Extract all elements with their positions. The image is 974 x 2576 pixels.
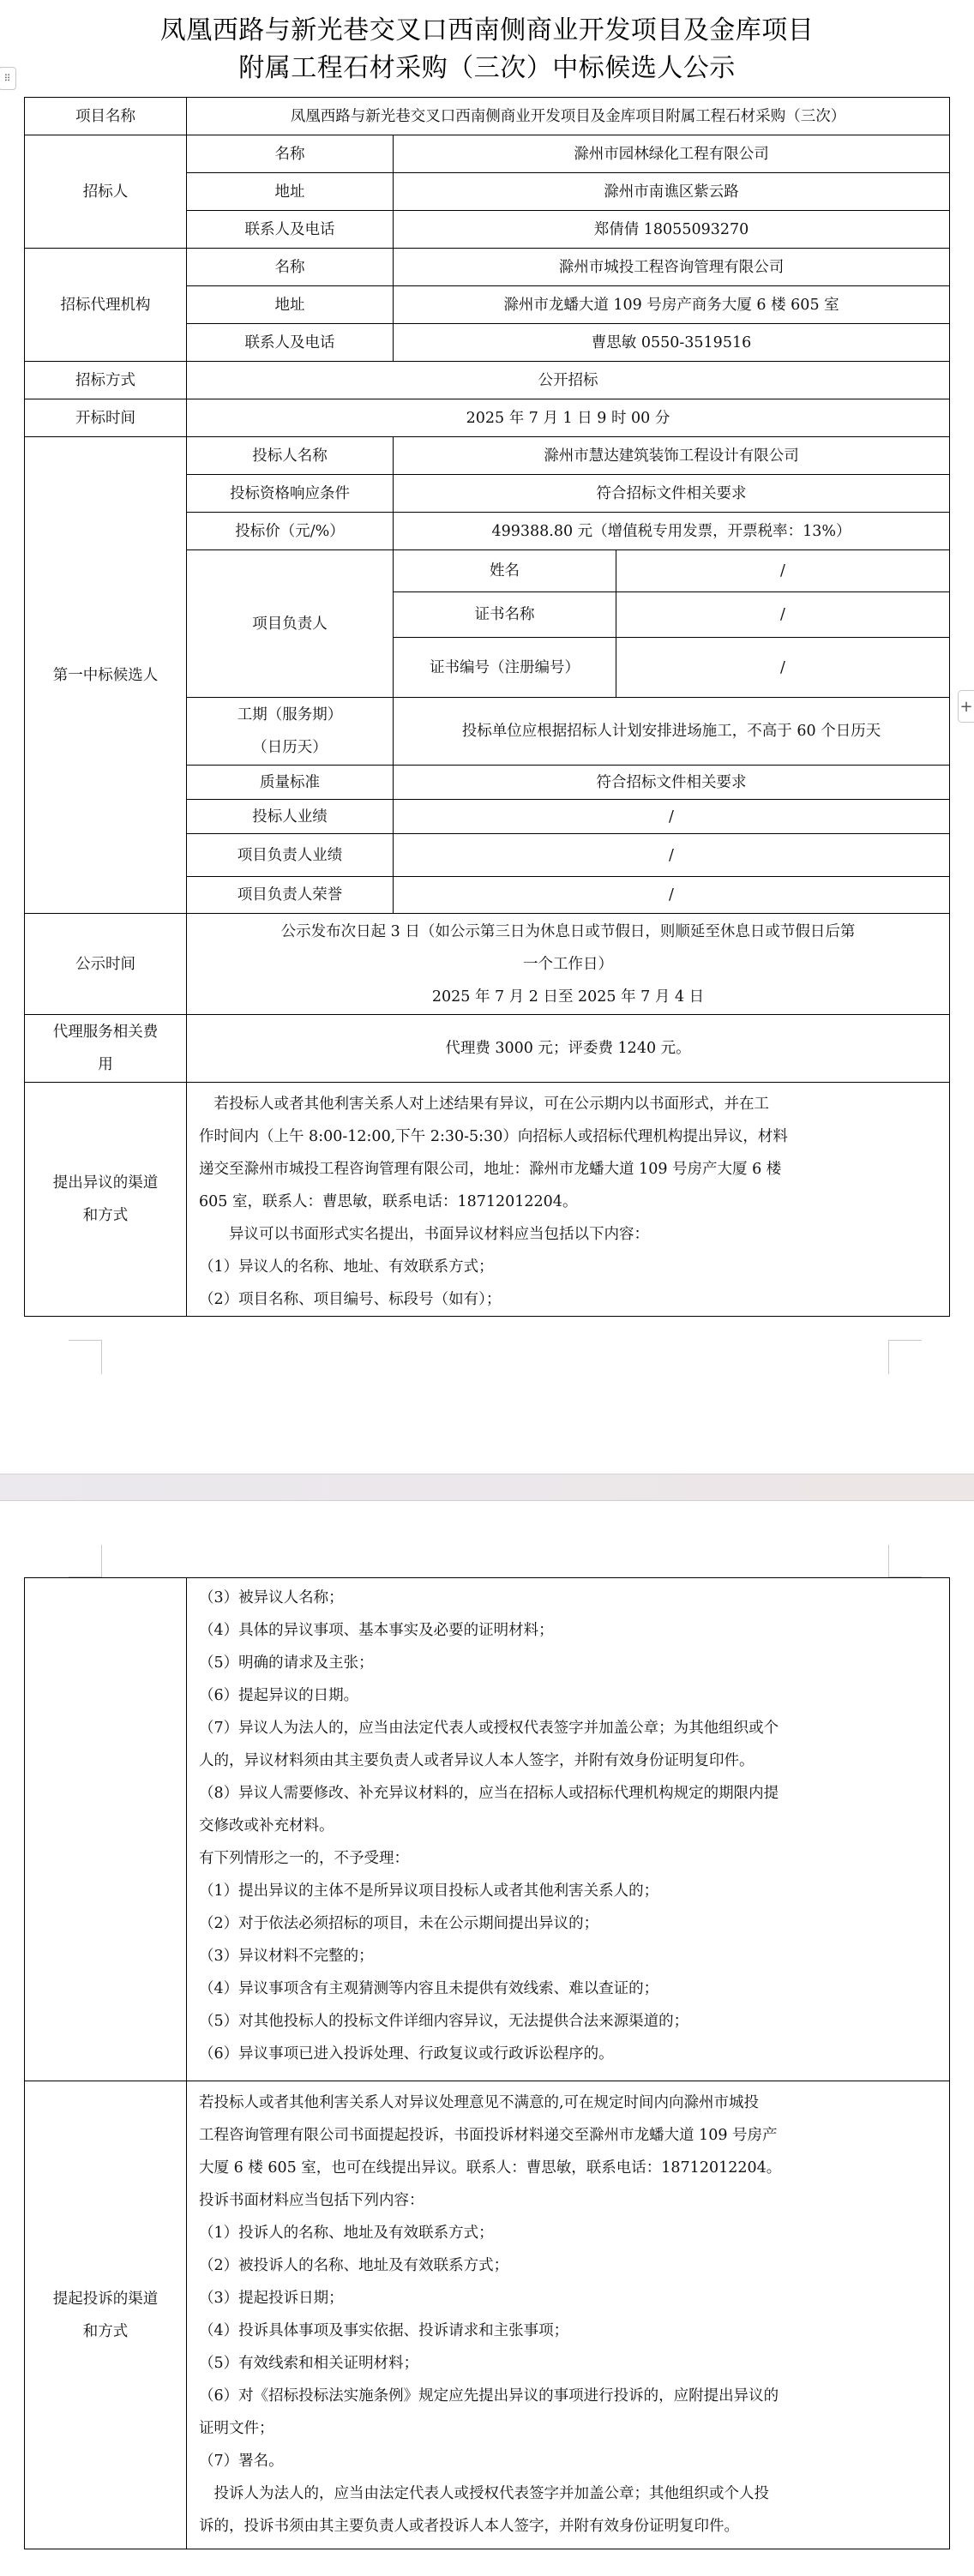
period-label: 工期（服务期） （日历天） <box>187 698 394 766</box>
complaint-text-line: 投诉书面材料应当包括下列内容： <box>199 2184 939 2217</box>
quality-label: 质量标准 <box>187 766 394 800</box>
manager-performance-label: 项目负责人业绩 <box>187 834 394 877</box>
qualification-value: 符合招标文件相关要求 <box>394 475 949 513</box>
page-separator <box>0 1474 974 1501</box>
announcement-table-page1: 项目名称 凤凰西路与新光巷交叉口西南侧商业开发项目及金库项目附属工程石材采购（三… <box>24 97 950 1317</box>
complaint-text-line: 诉的，投诉书须由其主要负责人或者投诉人本人签字，并附有效身份证明复印件。 <box>199 2510 939 2543</box>
objection-text-line: （3）异议材料不完整的； <box>199 1940 939 1973</box>
objection-text-line: 作时间内（上午 8:00-12:00,下午 2:30-5:30）向招标人或招标代… <box>199 1120 939 1153</box>
tenderer-name-value: 滁州市园林绿化工程有限公司 <box>394 135 949 173</box>
objection-text-line: （8）异议人需要修改、补充异议材料的，应当在招标人或招标代理机构规定的期限内提 <box>199 1777 939 1810</box>
label-publicity-time: 公示时间 <box>25 914 187 1015</box>
objection-text-line: （3）被异议人名称； <box>199 1582 939 1614</box>
manager-name-label: 姓名 <box>394 550 616 592</box>
value-objection-channel-p1: 若投标人或者其他利害关系人对上述结果有异议，可在公示期内以书面形式，并在工 作时… <box>187 1083 949 1316</box>
agency-name-value: 滁州市城投工程咨询管理有限公司 <box>394 249 949 286</box>
value-objection-channel-p2: （3）被异议人名称； （4）具体的异议事项、基本事实及必要的证明材料； （5）明… <box>187 1578 949 2081</box>
manager-performance-value: / <box>394 834 949 877</box>
complaint-text-line: 若投标人或者其他利害关系人对异议处理意见不满意的,可在规定时间内向滁州市城投 <box>199 2087 939 2119</box>
complaint-label-line2: 和方式 <box>83 2315 129 2348</box>
tenderer-address-value: 滁州市南谯区紫云路 <box>394 173 949 211</box>
certificate-number-label: 证书编号（注册编号） <box>394 638 616 698</box>
complaint-label-line1: 提起投诉的渠道 <box>53 2283 159 2315</box>
label-objection-channel: 提出异议的渠道 和方式 <box>25 1083 187 1316</box>
complaint-text-line: （5）有效线索和相关证明材料； <box>199 2347 939 2380</box>
objection-text-line: 有下列情形之一的，不予受理： <box>199 1842 939 1875</box>
certificate-name-value: / <box>616 592 949 638</box>
page-corner-mark <box>69 1545 102 1577</box>
objection-text-line: （2）对于依法必须招标的项目，未在公示期间提出异议的； <box>199 1907 939 1940</box>
manager-name-value: / <box>616 550 949 592</box>
complaint-text-line: （7）署名。 <box>199 2445 939 2477</box>
fees-label-line2: 用 <box>98 1048 113 1081</box>
drag-handle-icon[interactable]: ⠿ <box>0 67 16 90</box>
publicity-line2: 一个工作日） <box>523 948 613 981</box>
manager-honor-value: / <box>394 877 949 914</box>
objection-text-line: （1）异议人的名称、地址、有效联系方式； <box>199 1251 939 1283</box>
tenderer-contact-value: 郑倩倩 18055093270 <box>394 211 949 249</box>
add-row-icon[interactable]: + <box>958 690 974 723</box>
value-agency-fees: 代理费 3000 元；评委费 1240 元。 <box>187 1015 949 1083</box>
agency-contact-value: 曹思敏 0550-3519516 <box>394 324 949 362</box>
fees-label-line1: 代理服务相关费 <box>53 1016 159 1048</box>
label-method: 招标方式 <box>25 362 187 399</box>
objection-label-line2: 和方式 <box>83 1199 129 1232</box>
complaint-text-line: 证明文件； <box>199 2412 939 2445</box>
bid-price-value: 499388.80 元（增值税专用发票，开票税率：13%） <box>394 513 949 550</box>
value-method: 公开招标 <box>187 362 949 399</box>
objection-text-line: 异议可以书面形式实名提出，书面异议材料应当包括以下内容： <box>199 1218 939 1251</box>
objection-text-line: （2）项目名称、项目编号、标段号（如有）； <box>199 1283 939 1316</box>
complaint-text-line: （3）提起投诉日期； <box>199 2282 939 2315</box>
objection-text-line: 若投标人或者其他利害关系人对上述结果有异议，可在公示期内以书面形式，并在工 <box>199 1088 939 1120</box>
certificate-name-label: 证书名称 <box>394 592 616 638</box>
document-title-line2: 附属工程石材采购（三次）中标候选人公示 <box>0 46 974 84</box>
page-corner-mark <box>888 1545 922 1577</box>
label-agency-fees: 代理服务相关费 用 <box>25 1015 187 1083</box>
label-project-name: 项目名称 <box>25 98 187 135</box>
objection-text-line: （5）明确的请求及主张； <box>199 1647 939 1679</box>
objection-text-line: 交修改或补充材料。 <box>199 1810 939 1842</box>
objection-text-line: （6）提起异议的日期。 <box>199 1679 939 1712</box>
value-project-name: 凤凰西路与新光巷交叉口西南侧商业开发项目及金库项目附属工程石材采购（三次） <box>187 98 949 135</box>
page-corner-mark <box>69 1340 102 1374</box>
label-agency: 招标代理机构 <box>25 249 187 362</box>
agency-name-label: 名称 <box>187 249 394 286</box>
complaint-text-line: 大厦 6 楼 605 室，也可在线提出异议。联系人：曹思敏，联系电话：18712… <box>199 2152 939 2184</box>
label-first-candidate: 第一中标候选人 <box>25 437 187 914</box>
label-opening-time: 开标时间 <box>25 399 187 437</box>
value-opening-time: 2025 年 7 月 1 日 9 时 00 分 <box>187 399 949 437</box>
objection-text-line: （7）异议人为法人的，应当由法定代表人或授权代表签字并加盖公章；为其他组织或个 <box>199 1712 939 1744</box>
certificate-number-value: / <box>616 638 949 698</box>
bidder-performance-value: / <box>394 800 949 834</box>
period-label-line1: 工期（服务期） <box>237 699 343 731</box>
value-complaint-channel: 若投标人或者其他利害关系人对异议处理意见不满意的,可在规定时间内向滁州市城投 工… <box>187 2081 949 2549</box>
complaint-text-line: （4）投诉具体事项及事实依据、投诉请求和主张事项； <box>199 2315 939 2347</box>
period-value: 投标单位应根据招标人计划安排进场施工，不高于 60 个日历天 <box>394 698 949 766</box>
objection-text-line: （4）异议事项含有主观猜测等内容且未提供有效线索、难以查证的； <box>199 1973 939 2005</box>
label-objection-channel-cont <box>25 1578 187 2081</box>
complaint-text-line: 工程咨询管理有限公司书面提起投诉，书面投诉材料递交至滁州市龙蟠大道 109 号房… <box>199 2119 939 2152</box>
document-title-line1: 凤凰西路与新光巷交叉口西南侧商业开发项目及金库项目 <box>0 9 974 46</box>
manager-honor-label: 项目负责人荣誉 <box>187 877 394 914</box>
project-manager-label: 项目负责人 <box>187 550 394 698</box>
bid-price-label: 投标价（元/%） <box>187 513 394 550</box>
complaint-text-line: （2）被投诉人的名称、地址及有效联系方式； <box>199 2249 939 2282</box>
objection-text-line: （4）具体的异议事项、基本事实及必要的证明材料； <box>199 1614 939 1647</box>
agency-address-value: 滁州市龙蟠大道 109 号房产商务大厦 6 楼 605 室 <box>394 286 949 324</box>
objection-text-line: 递交至滁州市城投工程咨询管理有限公司，地址：滁州市龙蟠大道 109 号房产大厦 … <box>199 1153 939 1186</box>
tenderer-name-label: 名称 <box>187 135 394 173</box>
label-complaint-channel: 提起投诉的渠道 和方式 <box>25 2081 187 2549</box>
tenderer-contact-label: 联系人及电话 <box>187 211 394 249</box>
objection-text-line: 人的，异议材料须由其主要负责人或者异议人本人签字，并附有效身份证明复印件。 <box>199 1744 939 1777</box>
complaint-text-line: （6）对《招标投标法实施条例》规定应先提出异议的事项进行投诉的，应附提出异议的 <box>199 2380 939 2412</box>
period-label-line2: （日历天） <box>252 731 328 764</box>
agency-contact-label: 联系人及电话 <box>187 324 394 362</box>
bidder-name-label: 投标人名称 <box>187 437 394 475</box>
bidder-performance-label: 投标人业绩 <box>187 800 394 834</box>
value-publicity-time: 公示发布次日起 3 日（如公示第三日为休息日或节假日，则顺延至休息日或节假日后第… <box>187 914 949 1015</box>
objection-text-line: 605 室，联系人：曹思敏，联系电话：18712012204。 <box>199 1186 939 1218</box>
publicity-line1: 公示发布次日起 3 日（如公示第三日为休息日或节假日，则顺延至休息日或节假日后第 <box>281 916 856 948</box>
page-corner-mark <box>888 1340 922 1374</box>
label-tenderer: 招标人 <box>25 135 187 249</box>
objection-text-line: （1）提出异议的主体不是所异议项目投标人或者其他利害关系人的； <box>199 1875 939 1907</box>
publicity-line3: 2025 年 7 月 2 日至 2025 年 7 月 4 日 <box>432 981 704 1013</box>
objection-text-line: （5）对其他投标人的投标文件详细内容异议，无法提供合法来源渠道的； <box>199 2005 939 2038</box>
announcement-table-page2: （3）被异议人名称； （4）具体的异议事项、基本事实及必要的证明材料； （5）明… <box>24 1577 950 2549</box>
tenderer-address-label: 地址 <box>187 173 394 211</box>
quality-value: 符合招标文件相关要求 <box>394 766 949 800</box>
objection-text-line: （6）异议事项已进入投诉处理、行政复议或行政诉讼程序的。 <box>199 2038 939 2070</box>
complaint-text-line: 投诉人为法人的，应当由法定代表人或授权代表签字并加盖公章；其他组织或个人投 <box>199 2477 939 2510</box>
bidder-name-value: 滁州市慧达建筑装饰工程设计有限公司 <box>394 437 949 475</box>
qualification-label: 投标资格响应条件 <box>187 475 394 513</box>
agency-address-label: 地址 <box>187 286 394 324</box>
complaint-text-line: （1）投诉人的名称、地址及有效联系方式； <box>199 2217 939 2249</box>
objection-label-line1: 提出异议的渠道 <box>53 1167 159 1199</box>
